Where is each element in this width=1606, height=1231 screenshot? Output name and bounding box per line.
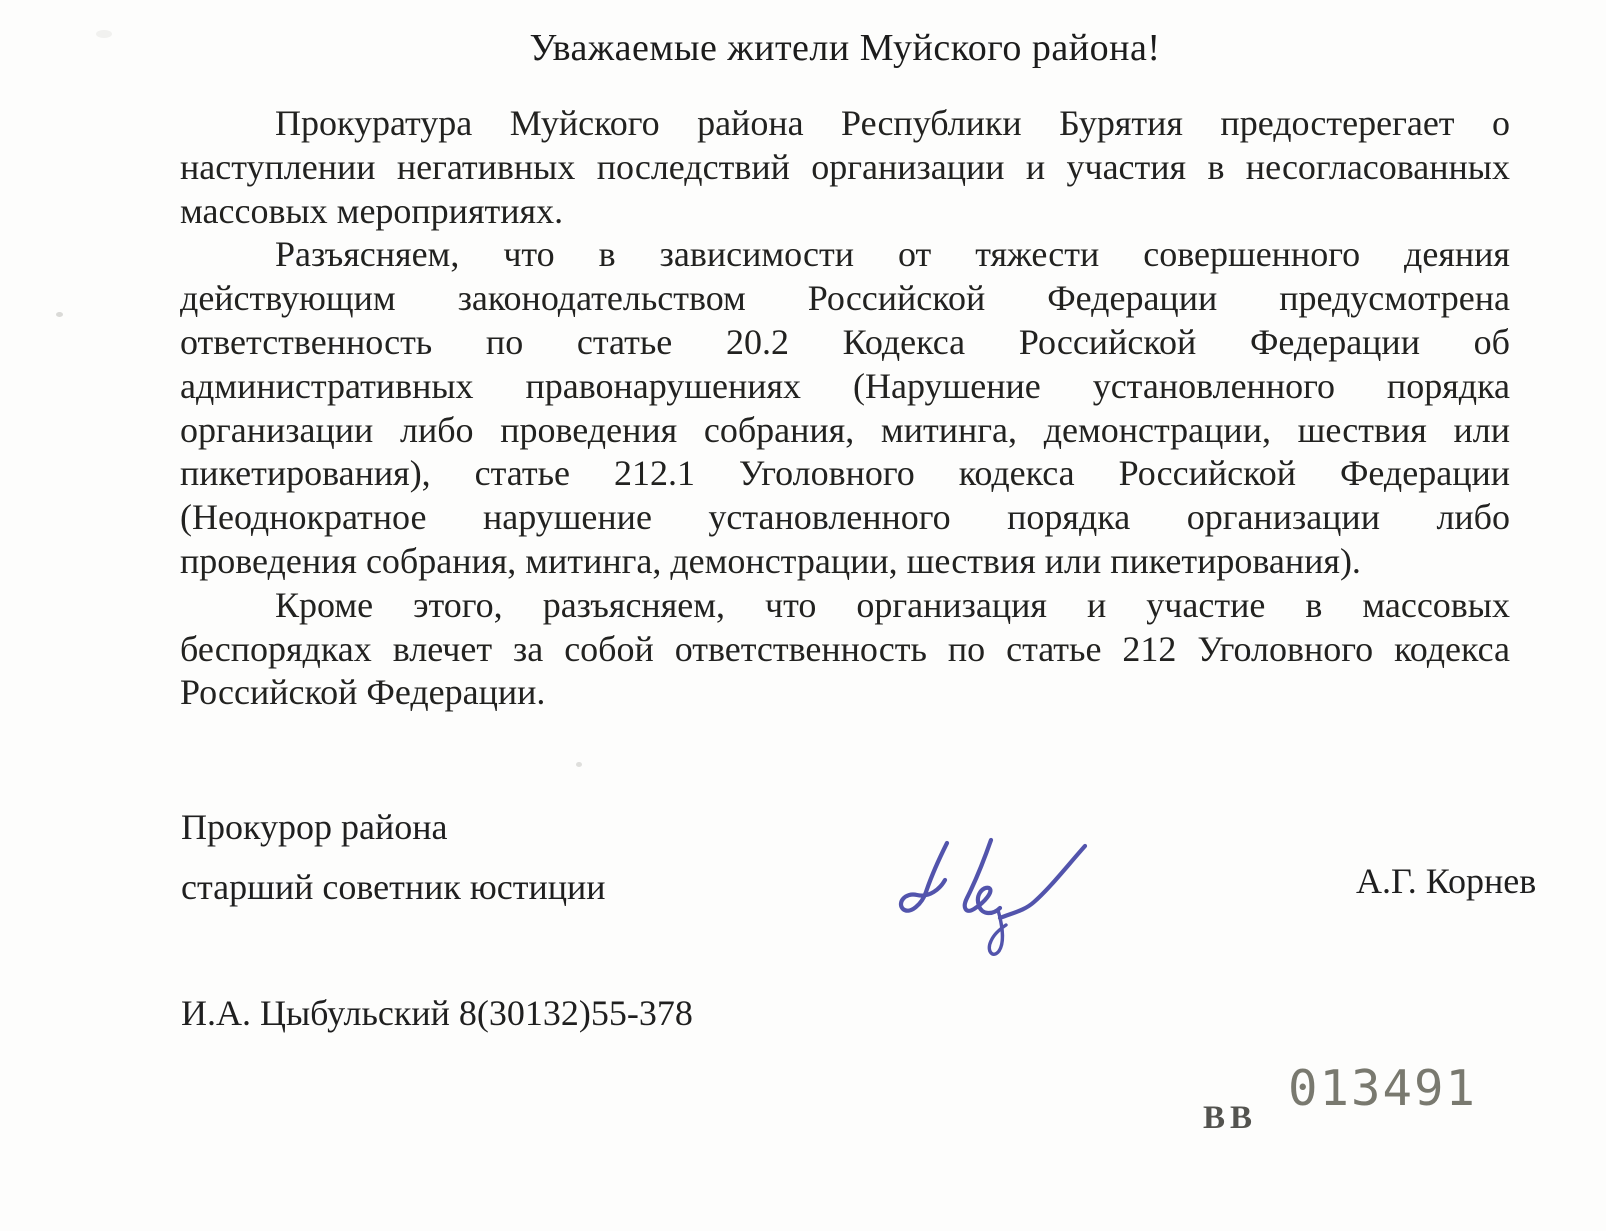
paragraph-2-line: ответственность по статье 20.2 Кодекса Р… <box>180 321 1510 365</box>
paragraph-2-line: Разъясняем, что в зависимости от тяжести… <box>180 233 1510 277</box>
stamp-number: 013491 <box>1288 1060 1477 1117</box>
executor-contact: И.А. Цыбульский 8(30132)55-378 <box>181 992 693 1034</box>
paragraph-2-line: организации либо проведения собрания, ми… <box>180 409 1510 453</box>
scan-speck <box>576 762 582 767</box>
paragraph-2-line: административных правонарушениях (Наруше… <box>180 365 1510 409</box>
paragraph-1-line: Прокуратура Муйского района Республики Б… <box>180 102 1510 146</box>
paragraph-3-line: Кроме этого, разъясняем, что организация… <box>180 584 1510 628</box>
paragraph-2-line: действующим законодательством Российской… <box>180 277 1510 321</box>
scanned-letter-page: Уважаемые жители Муйского района! Прокур… <box>0 0 1606 1231</box>
paragraph-2-line: пикетирования), статье 212.1 Уголовного … <box>180 452 1510 496</box>
signer-position-line-1: Прокурор района <box>181 806 447 848</box>
letter-body: Прокуратура Муйского района Республики Б… <box>180 102 1510 715</box>
paragraph-2-line: проведения собрания, митинга, демонстрац… <box>180 540 1510 584</box>
signer-position-line-2: старший советник юстиции <box>181 866 606 908</box>
paragraph-2-line: (Неоднократное нарушение установленного … <box>180 496 1510 540</box>
signer-name: А.Г. Корнев <box>1356 860 1536 902</box>
scan-speck <box>56 312 63 317</box>
stamp-series: ВВ <box>1203 1100 1257 1137</box>
signature-ink <box>872 818 1097 968</box>
signature-stroke <box>1000 846 1085 918</box>
signature-stroke <box>965 840 1000 913</box>
signature-stroke <box>901 843 947 911</box>
paragraph-3-line: беспорядках влечет за собой ответственно… <box>180 628 1510 672</box>
letter-title: Уважаемые жители Муйского района! <box>180 26 1510 70</box>
scan-speck <box>96 30 112 38</box>
paragraph-1-line: наступлении негативных последствий орган… <box>180 146 1510 190</box>
paragraph-1-line: массовых мероприятиях. <box>180 190 1510 234</box>
paragraph-3-line: Российской Федерации. <box>180 671 1510 715</box>
